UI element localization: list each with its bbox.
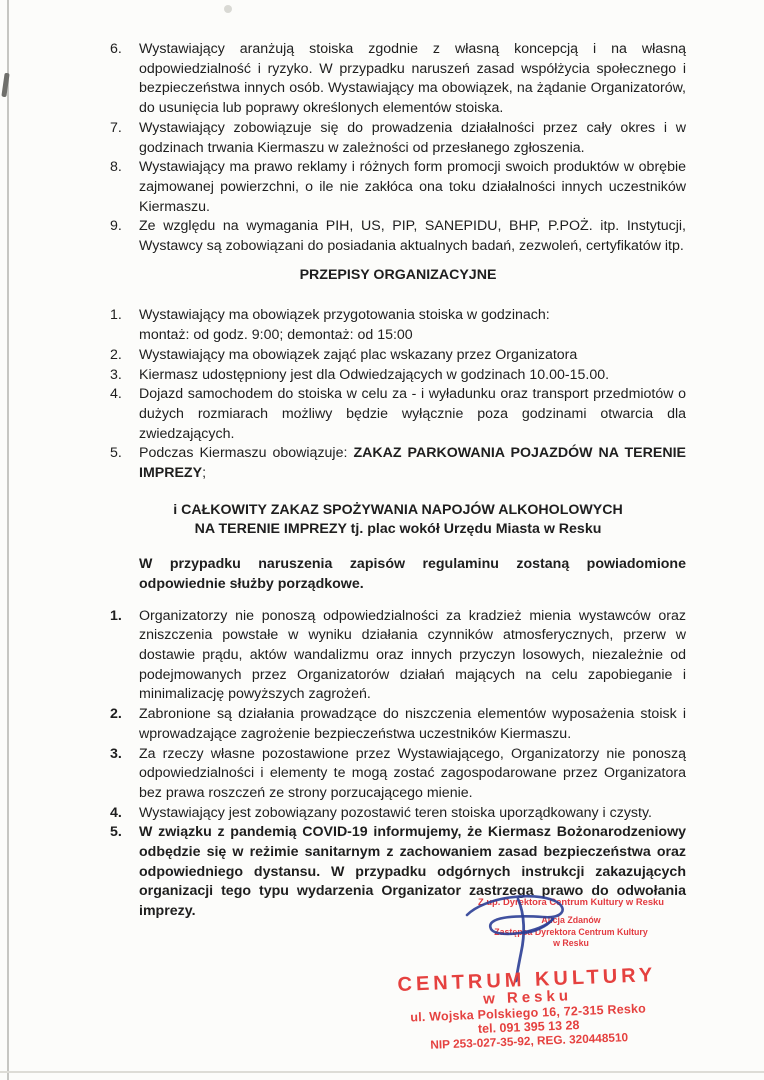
text-segment: Za rzeczy własne pozostawione przez Wyst… [139, 746, 686, 801]
list-item: 7.Wystawiający zobowiązuje się do prowad… [110, 119, 686, 158]
text-segment: Dojazd samochodem do stoiska w celu za -… [139, 386, 686, 441]
list-item: 2.Wystawiający ma obowiązek zająć plac w… [110, 346, 686, 366]
list-item-number: 2. [110, 705, 132, 725]
list-item-text: Zabronione są działania prowadzące do ni… [139, 705, 686, 744]
text-segment: Wystawiający ma prawo reklamy i różnych … [139, 159, 686, 214]
document-body: 6.Wystawiający aranżują stoiska zgodnie … [110, 40, 686, 922]
text-segment: Kiermasz udostępniony jest dla Odwiedzaj… [139, 367, 609, 383]
list-item: 3.Kiermasz udostępniony jest dla Odwiedz… [110, 366, 686, 386]
list-item: 1.Wystawiający ma obowiązek przygotowani… [110, 306, 686, 345]
list-item-number: 4. [110, 385, 132, 405]
list-item-text: Wystawiający ma obowiązek przygotowania … [139, 306, 686, 345]
list-item: 2.Zabronione są działania prowadzące do … [110, 705, 686, 744]
text-segment: ; [202, 465, 206, 481]
list-item-number: 3. [110, 366, 132, 386]
text-segment: Zabronione są działania prowadzące do ni… [139, 706, 686, 742]
list-item-text: Wystawiający jest zobowiązany pozostawić… [139, 804, 686, 824]
list-item: 1.Organizatorzy nie ponoszą odpowiedzial… [110, 607, 686, 706]
liability-rules-list: 1.Organizatorzy nie ponoszą odpowiedzial… [110, 607, 686, 922]
organizational-rules-list: 1.Wystawiający ma obowiązek przygotowani… [110, 306, 686, 483]
list-item-text: Za rzeczy własne pozostawione przez Wyst… [139, 745, 686, 804]
list-item-text: Ze względu na wymagania PIH, US, PIP, SA… [139, 217, 686, 256]
list-item-number: 9. [110, 217, 132, 237]
list-item-number: 2. [110, 346, 132, 366]
list-item-text: Wystawiający ma prawo reklamy i różnych … [139, 158, 686, 217]
list-item-number: 1. [110, 607, 132, 627]
list-item-number: 7. [110, 119, 132, 139]
list-item: 4.Wystawiający jest zobowiązany pozostaw… [110, 804, 686, 824]
list-item-number: 8. [110, 158, 132, 178]
list-item: 8.Wystawiający ma prawo reklamy i różnyc… [110, 158, 686, 217]
spacer [110, 595, 686, 607]
list-item-number: 4. [110, 804, 132, 824]
scan-bottom-artifact [0, 1071, 764, 1073]
alcohol-prohibition-block: i CAŁKOWITY ZAKAZ SPOŻYWANIA NAPOJÓW ALK… [110, 501, 686, 540]
list-item-text: Wystawiający ma obowiązek zająć plac wsk… [139, 346, 686, 366]
text-segment: Wystawiający jest zobowiązany pozostawić… [139, 805, 652, 821]
list-item: 6.Wystawiający aranżują stoiska zgodnie … [110, 40, 686, 119]
list-item-text: Dojazd samochodem do stoiska w celu za -… [139, 385, 686, 444]
text-segment: Wystawiający ma obowiązek zająć plac wsk… [139, 347, 577, 363]
list-item-number: 6. [110, 40, 132, 60]
document-page: 6.Wystawiający aranżują stoiska zgodnie … [0, 0, 764, 1080]
text-segment: Podczas Kiermaszu obowiązuje: [139, 445, 353, 461]
text-segment: Wystawiający ma obowiązek przygotowania … [139, 307, 550, 323]
scan-speck-artifact [224, 5, 232, 13]
text-segment: Wystawiający zobowiązuje się do prowadze… [139, 120, 686, 156]
text-segment: Ze względu na wymagania PIH, US, PIP, SA… [139, 218, 686, 254]
section-heading: PRZEPISY ORGANIZACYJNE [110, 266, 686, 286]
general-rules-list: 6.Wystawiający aranżują stoiska zgodnie … [110, 40, 686, 257]
list-item-text: Podczas Kiermaszu obowiązuje: ZAKAZ PARK… [139, 444, 686, 483]
institution-stamp: CENTRUM KULTURY w Resku ul. Wojska Polsk… [377, 964, 680, 1053]
list-item-number: 5. [110, 823, 132, 843]
list-item-text: Wystawiający zobowiązuje się do prowadze… [139, 119, 686, 158]
prohibition-line-1: i CAŁKOWITY ZAKAZ SPOŻYWANIA NAPOJÓW ALK… [110, 501, 686, 521]
prohibition-line-2: NA TERENIE IMPREZY tj. plac wokół Urzędu… [110, 520, 686, 540]
list-item-number: 1. [110, 306, 132, 326]
list-item-text: Wystawiający aranżują stoiska zgodnie z … [139, 40, 686, 119]
list-item-text: Kiermasz udostępniony jest dla Odwiedzaj… [139, 366, 686, 386]
list-item-number: 3. [110, 745, 132, 765]
text-segment: montaż: od godz. 9:00; demontaż: od 15:0… [139, 327, 413, 343]
enforcement-paragraph: W przypadku naruszenia zapisów regulamin… [139, 555, 686, 594]
text-segment: Wystawiający aranżują stoiska zgodnie z … [139, 41, 686, 116]
list-item: 4.Dojazd samochodem do stoiska w celu za… [110, 385, 686, 444]
list-item: 5.Podczas Kiermaszu obowiązuje: ZAKAZ PA… [110, 444, 686, 483]
list-item: 3.Za rzeczy własne pozostawione przez Wy… [110, 745, 686, 804]
list-item-text: Organizatorzy nie ponoszą odpowiedzialno… [139, 607, 686, 706]
list-item: 9.Ze względu na wymagania PIH, US, PIP, … [110, 217, 686, 256]
list-item-number: 5. [110, 444, 132, 464]
text-segment: Organizatorzy nie ponoszą odpowiedzialno… [139, 608, 686, 703]
scan-edge-artifact [7, 0, 9, 1080]
